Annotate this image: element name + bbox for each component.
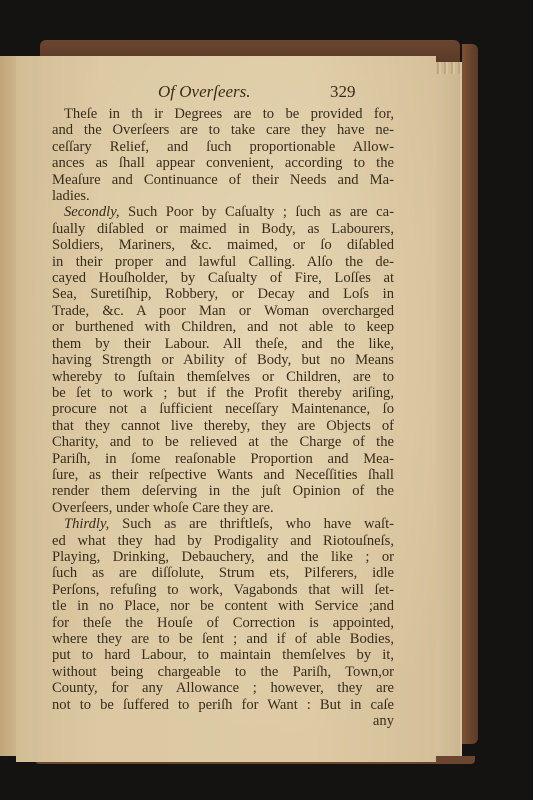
- text-line-content: Such as are thriftleſs, who have waſt-: [109, 516, 394, 532]
- text-line-content: ſuch as are diſſolute, Strum ets, Pilfer…: [52, 565, 394, 581]
- page-text-block: Of Overſeers. 329 Theſe in th ir Degrees…: [52, 84, 432, 729]
- text-line-content: Such Poor by Caſualty ; ſuch as are ca-: [120, 204, 394, 220]
- text-line: procure not a ſufficient neceſſary Maint…: [52, 401, 394, 417]
- text-line: tle in no Place, nor be content with Ser…: [52, 598, 394, 614]
- text-line: Thirdly, Such as are thriftleſs, who hav…: [52, 516, 394, 532]
- text-line: Charity, and to be relieved at the Charg…: [52, 434, 394, 450]
- text-line-content: having Strength or Ability of Body, but …: [52, 352, 394, 368]
- text-line: Theſe in th ir Degrees are to be provide…: [52, 106, 394, 122]
- text-line-content: render them deſerving in the juſt Opinio…: [52, 483, 394, 499]
- text-line-content: Trade, &c. A poor Man or Woman overcharg…: [52, 303, 394, 319]
- text-line-content: ances as ſhall appear convenient, accord…: [52, 155, 394, 171]
- text-line: Sea, Suretiſhip, Robbery, or Decay and L…: [52, 286, 394, 302]
- text-line-content: cayed Houſholder, by Caſualty of Fire, L…: [52, 270, 394, 286]
- text-line: in their proper and lawful Calling. Alſo…: [52, 254, 394, 270]
- text-line: or burthened with Children, and not able…: [52, 319, 394, 335]
- text-line-content: whereby to ſuſtain themſelves or Childre…: [52, 369, 394, 385]
- text-line: them by their Labour. All theſe, and the…: [52, 336, 394, 352]
- text-line-content: ceſſary Relief, and ſuch proportionable …: [52, 139, 394, 155]
- text-line-content: ladies.: [52, 188, 90, 204]
- page-number: 329: [330, 84, 356, 100]
- text-line: render them deſerving in the juſt Opinio…: [52, 483, 394, 499]
- text-line: where they are to be ſent ; and if of ab…: [52, 631, 394, 647]
- text-line: Perſons, refuſing to work, Vagabonds tha…: [52, 582, 394, 598]
- text-line: County, for any Allowance ; however, the…: [52, 680, 394, 696]
- text-line-content: them by their Labour. All theſe, and the…: [52, 336, 394, 352]
- text-line-content: and the Overſeers are to take care they …: [52, 122, 394, 138]
- text-line-content: Playing, Drinking, Debauchery, and the l…: [52, 549, 394, 565]
- text-line: without being chargeable to the Pariſh, …: [52, 664, 394, 680]
- text-line-content: or burthened with Children, and not able…: [52, 319, 394, 335]
- text-line: cayed Houſholder, by Caſualty of Fire, L…: [52, 270, 394, 286]
- text-line-content: Charity, and to be relieved at the Charg…: [52, 434, 394, 450]
- text-line-content: in their proper and lawful Calling. Alſo…: [52, 254, 394, 270]
- page-header: Of Overſeers. 329: [52, 84, 432, 104]
- text-line: ladies.: [52, 188, 394, 204]
- text-line: Pariſh, in ſome reaſonable Proportion an…: [52, 451, 394, 467]
- running-head: Of Overſeers.: [158, 84, 251, 100]
- section-lead-word: Secondly,: [64, 204, 120, 220]
- text-line-content: that they cannot live thereby, they are …: [52, 418, 394, 434]
- text-line: Secondly, Such Poor by Caſualty ; ſuch a…: [52, 204, 394, 220]
- text-line: put to hard Labour, to maintain themſelv…: [52, 647, 394, 663]
- text-line-content: not to be ſuffered to periſh for Want : …: [52, 697, 394, 713]
- text-line-content: County, for any Allowance ; however, the…: [52, 680, 394, 696]
- text-line: ſure, as their reſpective Wants and Nece…: [52, 467, 394, 483]
- text-line-content: Theſe in th ir Degrees are to be provide…: [64, 106, 394, 122]
- text-line: having Strength or Ability of Body, but …: [52, 352, 394, 368]
- text-line-content: without being chargeable to the Pariſh, …: [52, 664, 394, 680]
- text-line-content: procure not a ſufficient neceſſary Maint…: [52, 401, 394, 417]
- text-line-content: be ſet to work ; but if the Profit there…: [52, 385, 394, 401]
- book-cover-right-edge: [462, 44, 478, 744]
- body-text: Theſe in th ir Degrees are to be provide…: [52, 106, 432, 713]
- text-line: ſuch as are diſſolute, Strum ets, Pilfer…: [52, 565, 394, 581]
- text-line: for theſe the Houſe of Correction is app…: [52, 615, 394, 631]
- text-line-content: ſually diſabled or maimed in Body, as La…: [52, 221, 394, 237]
- section-lead-word: Thirdly,: [64, 516, 109, 532]
- text-line-content: for theſe the Houſe of Correction is app…: [52, 615, 394, 631]
- text-line: ed what they had by Prodigality and Riot…: [52, 533, 394, 549]
- text-line: Trade, &c. A poor Man or Woman overcharg…: [52, 303, 394, 319]
- text-line-content: where they are to be ſent ; and if of ab…: [52, 631, 394, 647]
- text-line: whereby to ſuſtain themſelves or Childre…: [52, 369, 394, 385]
- text-line-content: Sea, Suretiſhip, Robbery, or Decay and L…: [52, 286, 394, 302]
- catchword: any: [52, 713, 394, 729]
- text-line-content: Pariſh, in ſome reaſonable Proportion an…: [52, 451, 394, 467]
- text-line: Playing, Drinking, Debauchery, and the l…: [52, 549, 394, 565]
- text-line: ances as ſhall appear convenient, accord…: [52, 155, 394, 171]
- text-line: ſually diſabled or maimed in Body, as La…: [52, 221, 394, 237]
- text-line: not to be ſuffered to periſh for Want : …: [52, 697, 394, 713]
- text-line: Soldiers, Mariners, &c. maimed, or ſo di…: [52, 237, 394, 253]
- text-line-content: Overſeers, under whoſe Care they are.: [52, 500, 274, 516]
- text-line-content: ſure, as their reſpective Wants and Nece…: [52, 467, 394, 483]
- text-line: ceſſary Relief, and ſuch proportionable …: [52, 139, 394, 155]
- text-line-content: Perſons, refuſing to work, Vagabonds tha…: [52, 582, 394, 598]
- text-line: that they cannot live thereby, they are …: [52, 418, 394, 434]
- facing-page-edge: [0, 56, 17, 756]
- text-line-content: tle in no Place, nor be content with Ser…: [52, 598, 394, 614]
- text-line-content: ed what they had by Prodigality and Riot…: [52, 533, 394, 549]
- text-line-content: Meaſure and Continuance of their Needs a…: [52, 172, 394, 188]
- text-line: Overſeers, under whoſe Care they are.: [52, 500, 394, 516]
- text-line: be ſet to work ; but if the Profit there…: [52, 385, 394, 401]
- text-line: and the Overſeers are to take care they …: [52, 122, 394, 138]
- text-line: Meaſure and Continuance of their Needs a…: [52, 172, 394, 188]
- text-line-content: Soldiers, Mariners, &c. maimed, or ſo di…: [52, 237, 394, 253]
- text-line-content: put to hard Labour, to maintain themſelv…: [52, 647, 394, 663]
- page-stack-fore-edge: [434, 74, 460, 756]
